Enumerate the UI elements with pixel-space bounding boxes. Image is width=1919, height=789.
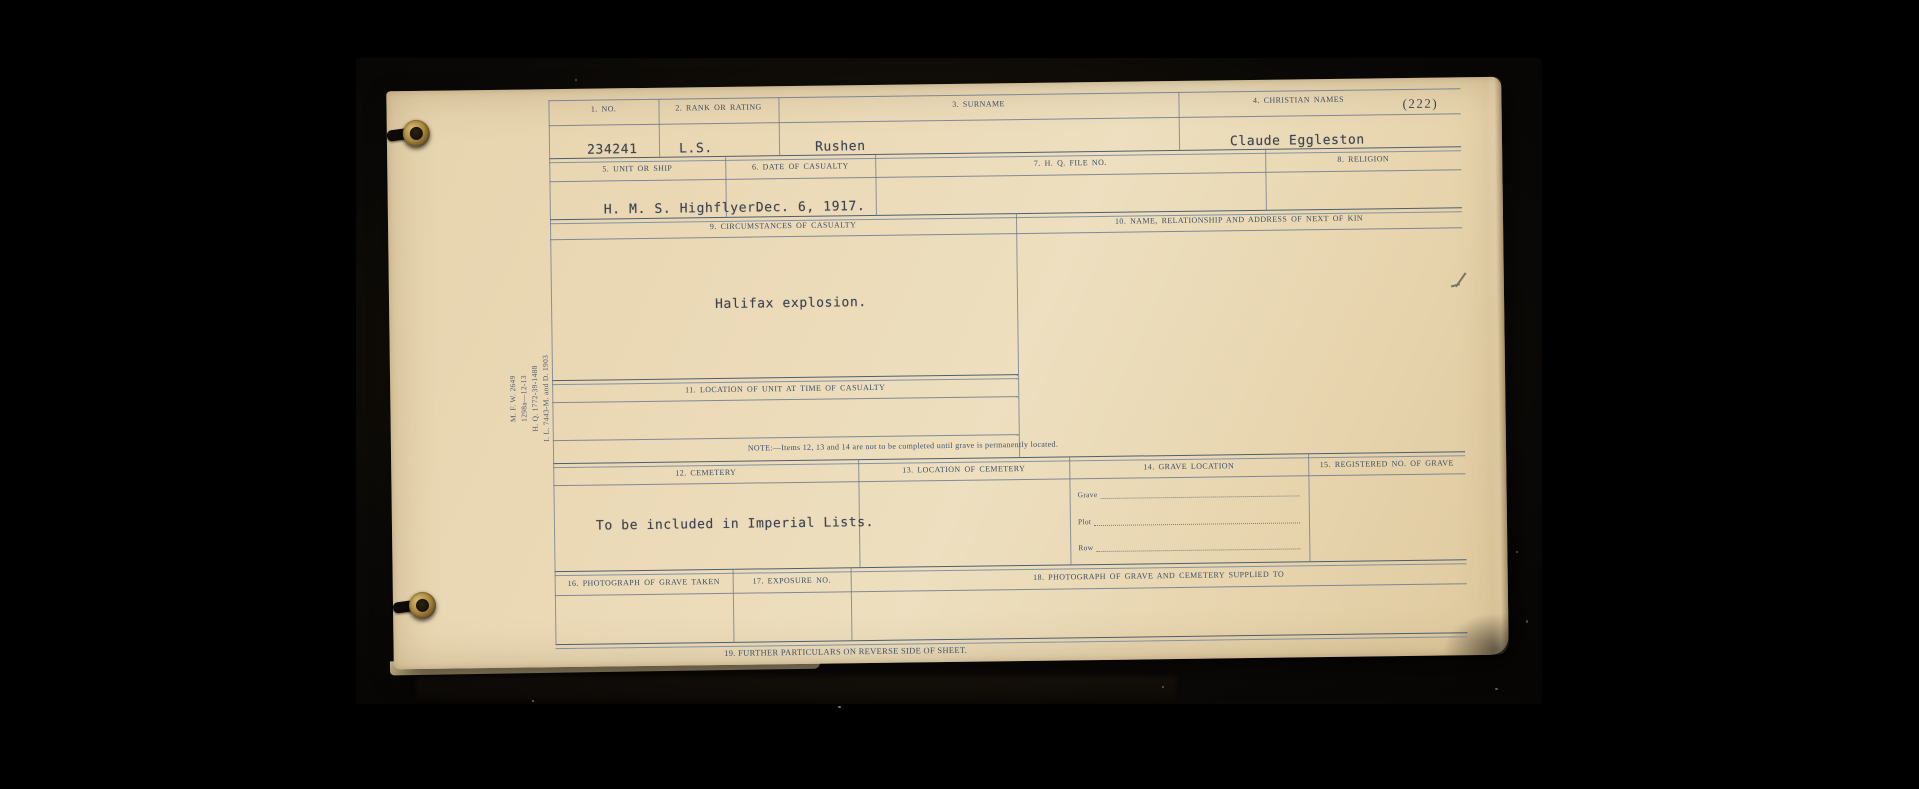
pencil-check-mark (1449, 271, 1471, 291)
dust-speck (838, 706, 841, 708)
grave-label: Grave (1078, 490, 1098, 499)
form-imprint: M. F. W. 2649 1298a—12-13 H. Q. 1772-39-… (506, 336, 552, 461)
field-label-cemetery: 12. CEMETERY (553, 466, 858, 480)
field-label-christian-names: 4. CHRISTIAN NAMES (1178, 94, 1418, 107)
dust-speck (1495, 688, 1498, 690)
dust-speck (575, 79, 577, 81)
desk-surface-shading (416, 676, 1176, 702)
brass-fastener-bottom (393, 592, 439, 621)
value-rank: L.S. (679, 141, 713, 156)
value-circumstances: Halifax explosion. (715, 295, 867, 312)
field-label-exposure-no: 17. EXPOSURE NO. (733, 575, 851, 587)
scanned-record-stage: M. F. W. 2649 1298a—12-13 H. Q. 1772-39-… (0, 0, 1919, 789)
brass-fastener-top (387, 120, 433, 149)
grave-location-row-line: Row (1078, 536, 1300, 552)
field-label-registered-no: 15. REGISTERED NO. OF GRAVE (1308, 458, 1465, 470)
field-label-surname: 3. SURNAME (778, 97, 1178, 112)
value-christian-names: Claude Eggleston (1230, 133, 1365, 150)
value-date-of-casualty: Dec. 6, 1917. (756, 199, 866, 215)
dotted-leader (1096, 539, 1300, 552)
field-label-rank: 2. RANK OR RATING (658, 102, 778, 114)
value-surname: Rushen (815, 139, 866, 155)
dust-speck (532, 700, 534, 702)
dust-speck (1162, 686, 1164, 688)
field-label-date-of-casualty: 6. DATE OF CASUALTY (725, 161, 875, 173)
field-label-grave-location: 14. GRAVE LOCATION (1069, 460, 1308, 473)
divider-kin (1016, 213, 1020, 458)
value-no: 234241 (587, 142, 638, 158)
rule (549, 113, 1461, 126)
field-label-photo-taken: 16. PHOTOGRAPH OF GRAVE TAKEN (555, 577, 733, 589)
value-unit: H. M. S. Highflyer. (604, 200, 764, 217)
dust-speck (1516, 551, 1518, 553)
fastener-head-icon (409, 592, 436, 619)
imprint-line: I. L. 7443-M. and D. 1903 (539, 336, 552, 460)
field-label-religion: 8. RELIGION (1265, 153, 1461, 166)
row-label: Row (1078, 543, 1093, 552)
dotted-leader (1094, 513, 1300, 526)
fastener-head-icon (403, 120, 430, 147)
value-cemetery: To be included in Imperial Lists. (596, 515, 874, 534)
dotted-leader (1100, 486, 1299, 499)
field-label-unit: 5. UNIT OR SHIP (549, 163, 725, 175)
plot-label: Plot (1078, 517, 1091, 526)
casualty-form-sheet: M. F. W. 2649 1298a—12-13 H. Q. 1772-39-… (386, 77, 1508, 670)
grave-location-plot-line: Plot (1078, 510, 1300, 526)
dust-speck (1526, 620, 1528, 623)
field-label-location-of-cemetery: 13. LOCATION OF CEMETERY (858, 463, 1069, 476)
grave-location-grave-line: Grave (1077, 483, 1299, 499)
rule (552, 396, 1018, 403)
field-label-no: 1. NO. (548, 104, 658, 115)
